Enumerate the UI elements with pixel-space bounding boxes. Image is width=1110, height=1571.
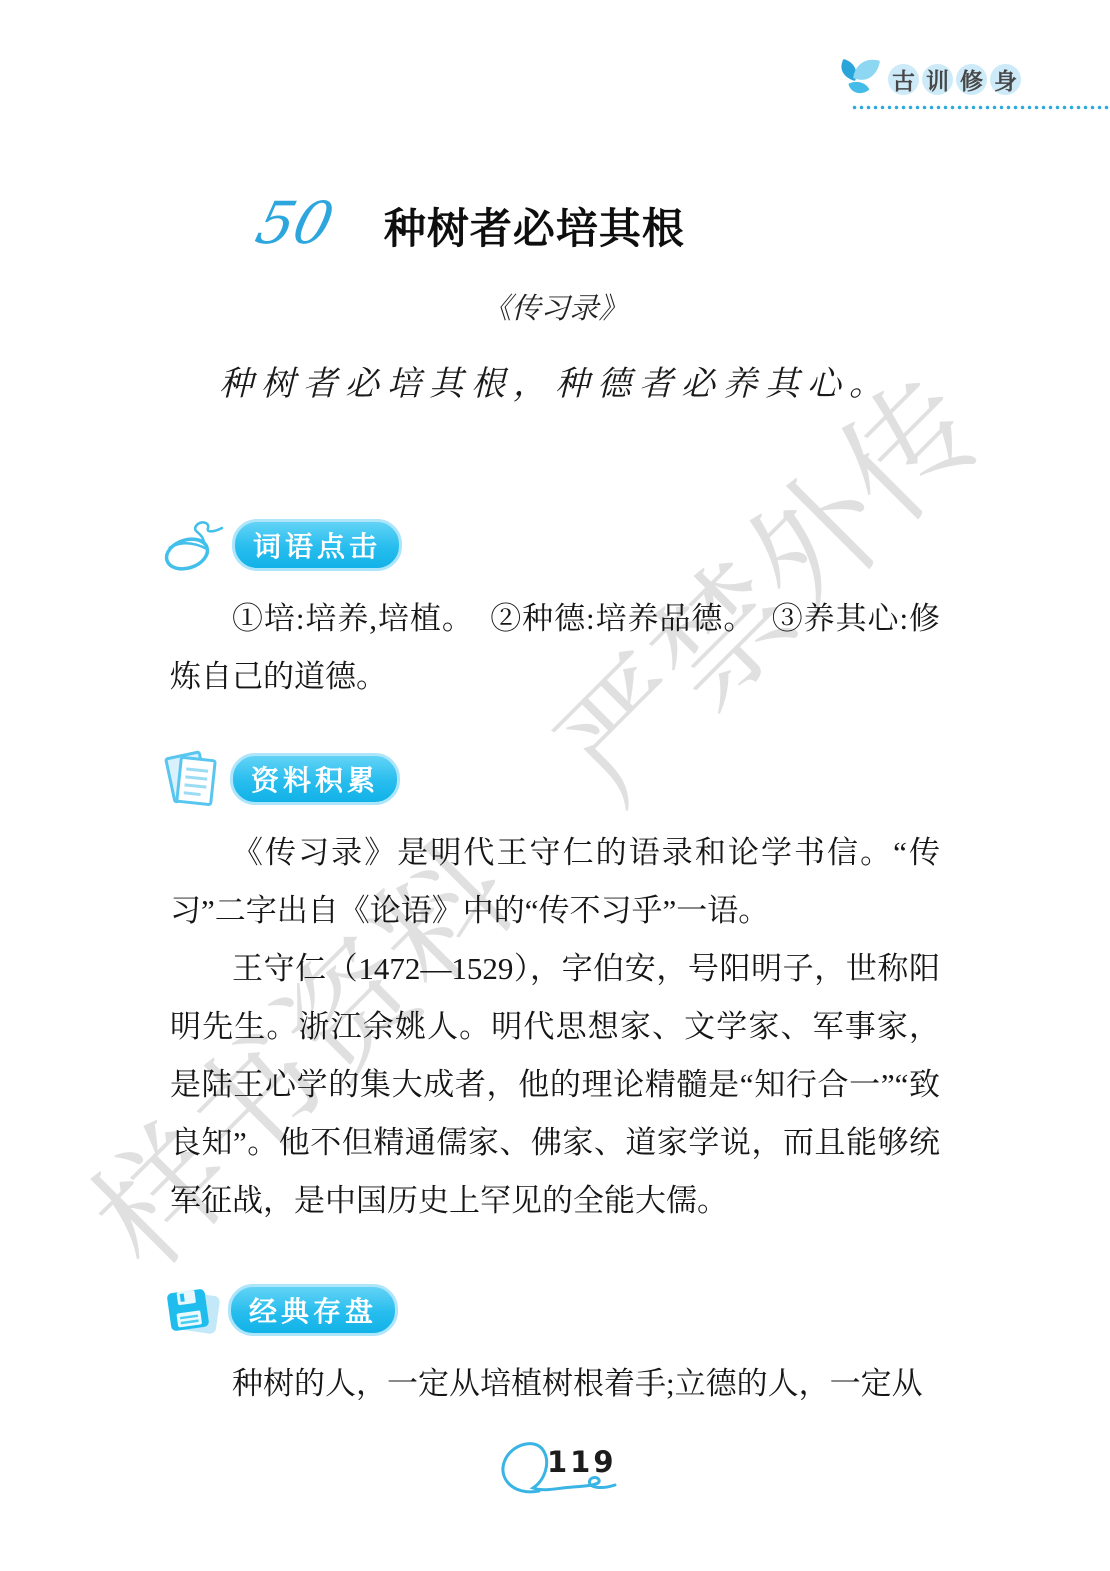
- mouse-icon: [162, 516, 226, 574]
- book-page: 样书资料 严禁外传 古训修身 50 种树者必培其根 《传习录》 种树者必培其根，…: [0, 0, 1110, 1571]
- paragraph: 种树的人，一定从培植树根着手;立德的人，一定从: [170, 1355, 940, 1413]
- page-header: 古训修身: [832, 58, 1110, 110]
- page-footer: 119: [495, 1436, 635, 1506]
- documents-icon: [162, 749, 224, 809]
- lesson-source: 《传习录》: [170, 286, 940, 327]
- section-classic-save-header: 经典存盘: [162, 1281, 940, 1339]
- section-classic-save: 经典存盘 种树的人，一定从培植树根着手;立德的人，一定从: [170, 1281, 940, 1413]
- header-brand-row: 古训修身: [832, 58, 1110, 100]
- paragraph: ①培:培养,培植。 ②种德:培养品德。 ③养其心:修炼自己的道德。: [170, 590, 940, 706]
- section-reference-body: 《传习录》是明代王守仁的语录和论学书信。“传习”二字出自《论语》中的“传不习乎”…: [170, 824, 940, 1230]
- section-word-notes-header: 词语点击: [162, 516, 940, 574]
- section-badge: 词语点击: [232, 519, 402, 571]
- classic-quote: 种树者必培其根，种德者必养其心。: [170, 356, 940, 405]
- lesson-title-row: 50 种树者必培其根: [258, 194, 685, 255]
- section-reference-header: 资料积累: [162, 750, 940, 808]
- section-badge: 经典存盘: [228, 1284, 398, 1336]
- lesson-number: 50: [251, 194, 339, 252]
- floppy-disk-icon: [162, 1282, 222, 1338]
- leaf-logo-icon: [832, 58, 882, 100]
- section-classic-save-body: 种树的人，一定从培植树根着手;立德的人，一定从: [170, 1355, 940, 1413]
- header-brand-text: 古训修身: [888, 64, 1021, 95]
- section-word-notes: 词语点击 ①培:培养,培植。 ②种德:培养品德。 ③养其心:修炼自己的道德。: [170, 516, 940, 706]
- section-word-notes-body: ①培:培养,培植。 ②种德:培养品德。 ③养其心:修炼自己的道德。: [170, 590, 940, 706]
- section-badge: 资料积累: [230, 753, 400, 805]
- paragraph: 王守仁（1472—1529），字伯安，号阳明子，世称阳明先生。浙江余姚人。明代思…: [170, 940, 940, 1230]
- lesson-title: 种树者必培其根: [384, 205, 685, 255]
- page-number: 119: [547, 1445, 617, 1479]
- section-reference: 资料积累 《传习录》是明代王守仁的语录和论学书信。“传习”二字出自《论语》中的“…: [170, 750, 940, 1230]
- header-dotted-rule: [852, 105, 1110, 110]
- paragraph: 《传习录》是明代王守仁的语录和论学书信。“传习”二字出自《论语》中的“传不习乎”…: [170, 824, 940, 940]
